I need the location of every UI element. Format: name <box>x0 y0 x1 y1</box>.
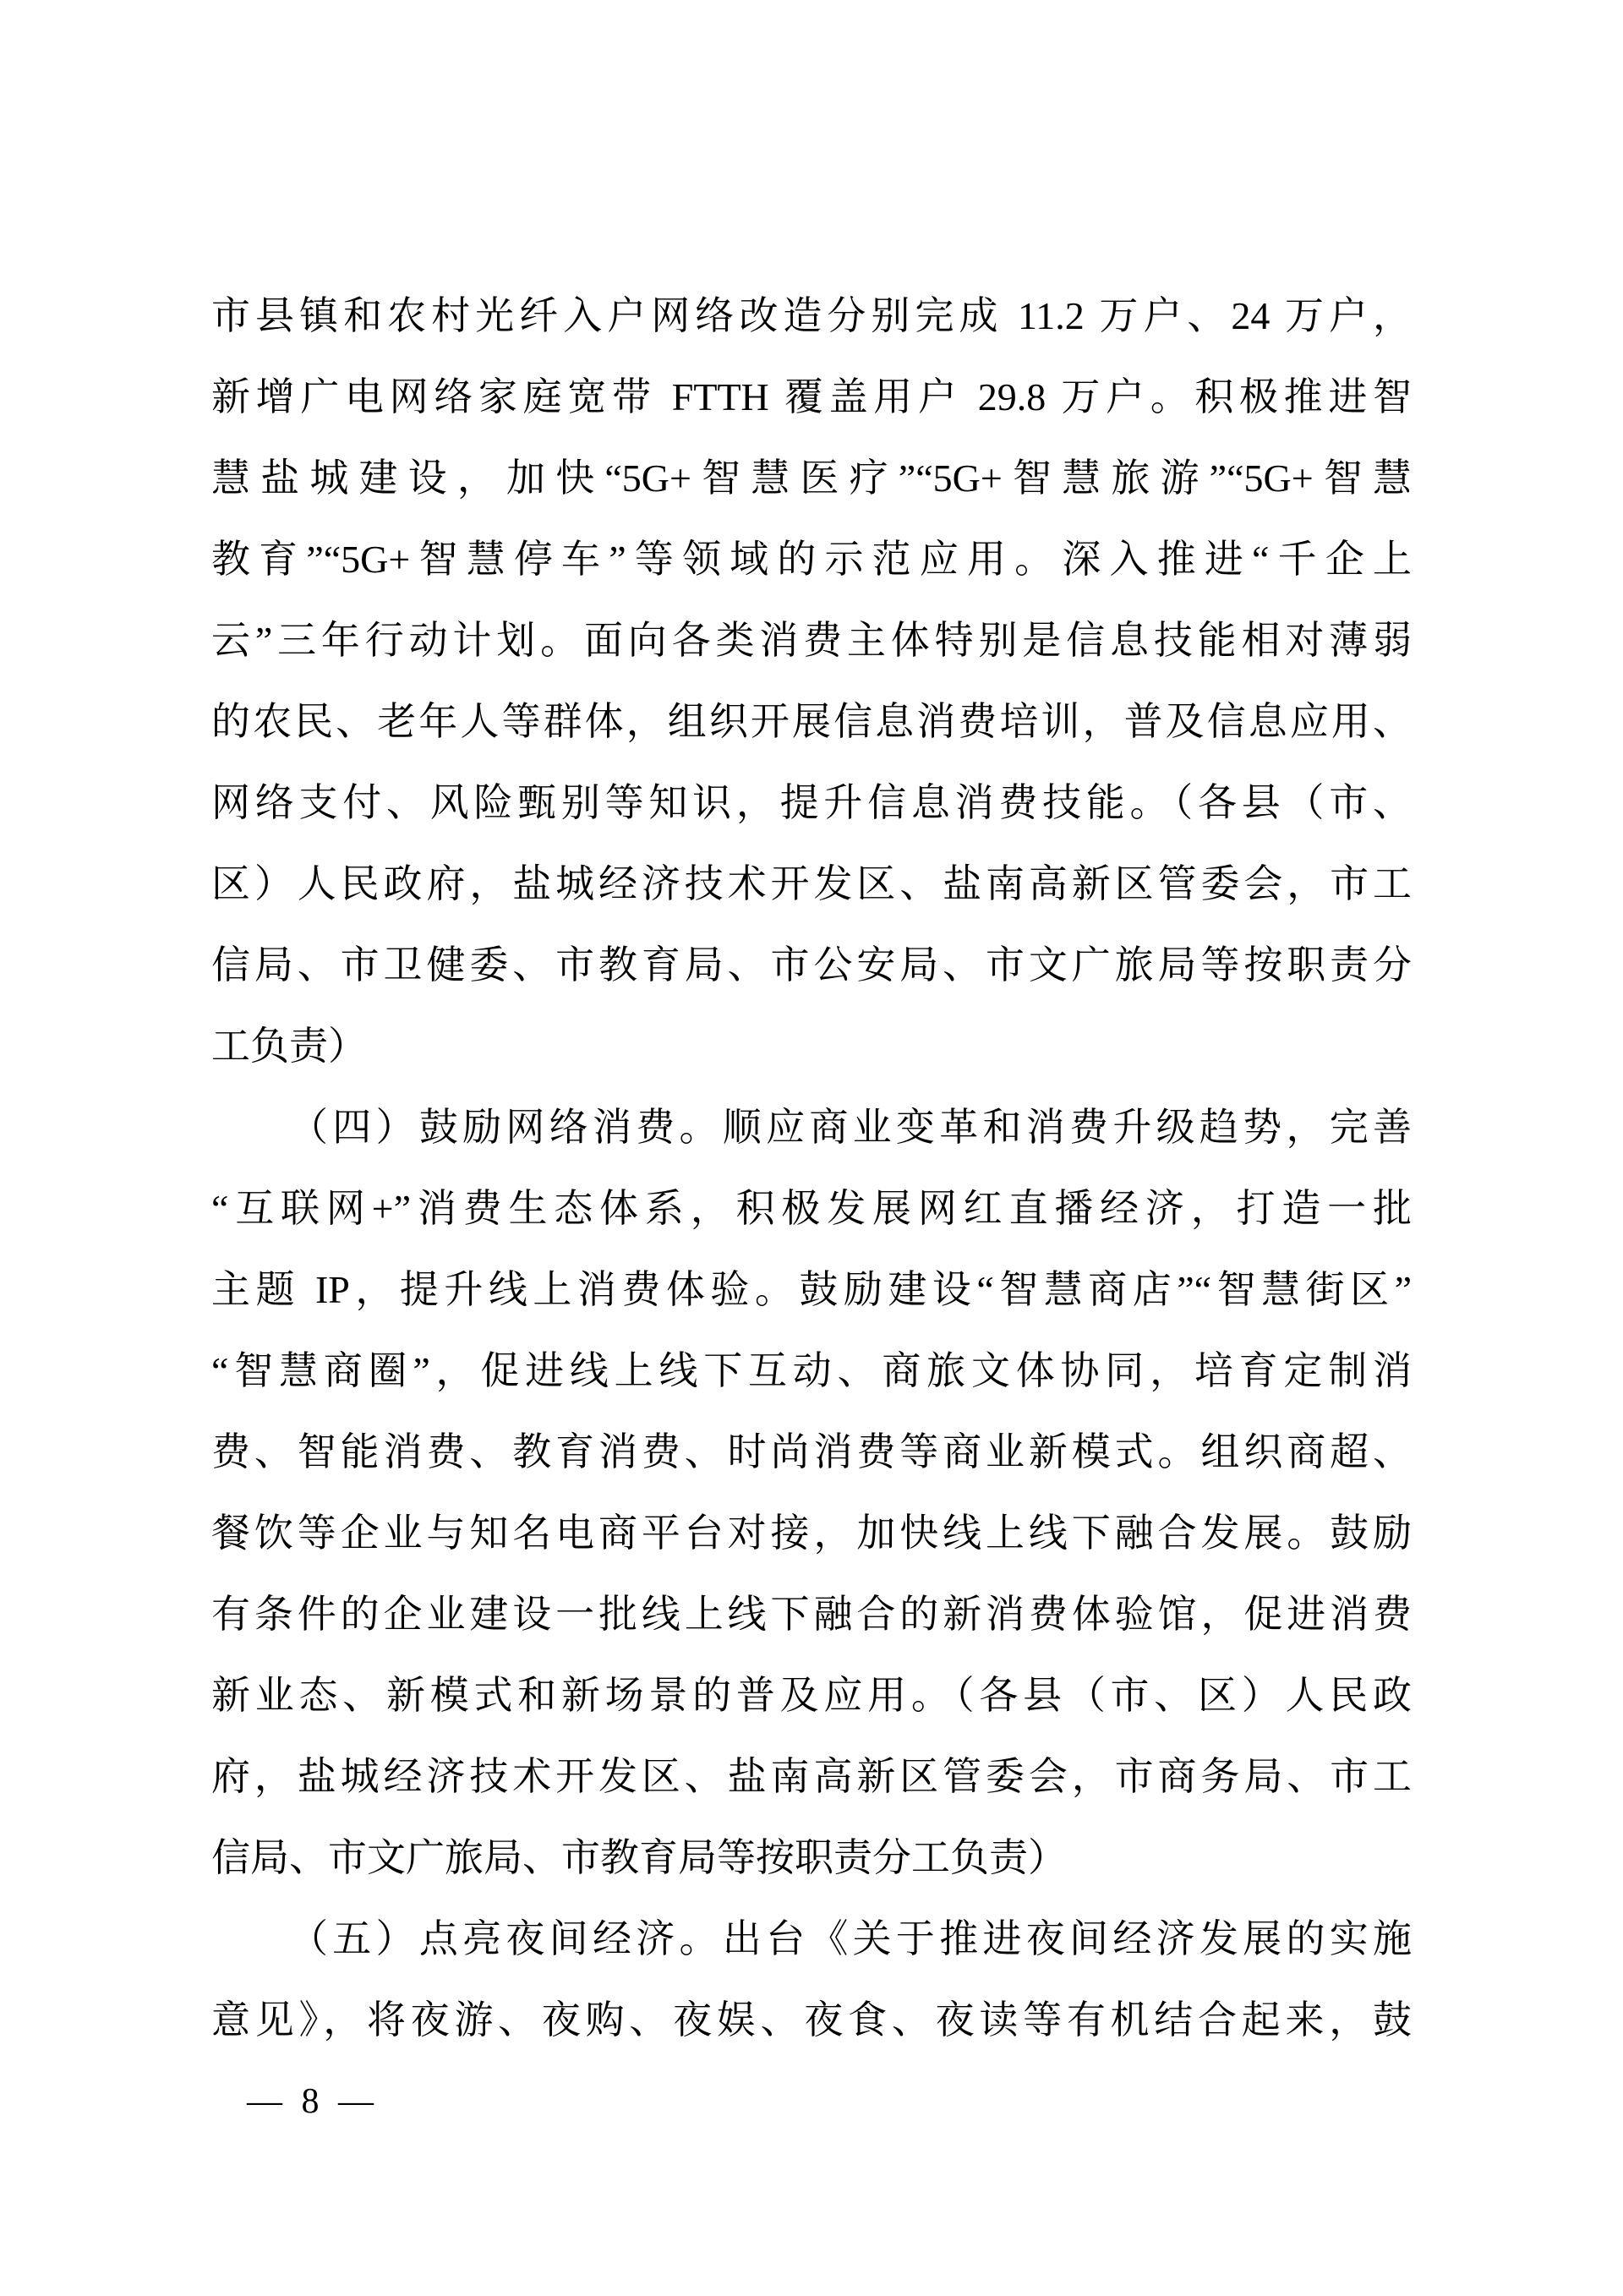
text-line: 市县镇和农村光纤入户网络改造分别完成 11.2 万户、24 万户， <box>211 276 1412 357</box>
text-block: 市县镇和农村光纤入户网络改造分别完成 11.2 万户、24 万户， 新增广电网络… <box>211 276 1412 2061</box>
text-line: “互联网+”消费生态体系，积极发展网红直播经济，打造一批 <box>211 1168 1412 1249</box>
text-line: “智慧商圈”，促进线上线下互动、商旅文体协同，培育定制消 <box>211 1331 1412 1412</box>
text-line: 新增广电网络家庭宽带 FTTH 覆盖用户 29.8 万户。积极推进智 <box>211 357 1412 438</box>
text-line: 有条件的企业建设一批线上线下融合的新消费体验馆，促进消费 <box>211 1574 1412 1655</box>
text-line: 意见》，将夜游、夜购、夜娱、夜食、夜读等有机结合起来，鼓 <box>211 1980 1412 2061</box>
text-line: 慧盐城建设，加快“5G+智慧医疗”“5G+智慧旅游”“5G+智慧 <box>211 438 1412 519</box>
text-line: 餐饮等企业与知名电商平台对接，加快线上线下融合发展。鼓励 <box>211 1493 1412 1574</box>
text-line: 信局、市卫健委、市教育局、市公安局、市文广旅局等按职责分 <box>211 925 1412 1006</box>
text-line-section-4-heading: （四）鼓励网络消费。顺应商业变革和消费升级趋势，完善 <box>211 1087 1412 1168</box>
page-number: — 8 — <box>247 2076 374 2127</box>
document-page: 市县镇和农村光纤入户网络改造分别完成 11.2 万户、24 万户， 新增广电网络… <box>0 0 1623 2296</box>
text-line: 新业态、新模式和新场景的普及应用。（各县（市、区）人民政 <box>211 1655 1412 1736</box>
text-line: 工负责） <box>211 1006 1412 1087</box>
text-line: 的农民、老年人等群体，组织开展信息消费培训，普及信息应用、 <box>211 681 1412 763</box>
text-line: 区）人民政府，盐城经济技术开发区、盐南高新区管委会，市工 <box>211 844 1412 925</box>
text-line: 教育”“5G+智慧停车”等领域的示范应用。深入推进“千企上 <box>211 519 1412 600</box>
text-line: 府，盐城经济技术开发区、盐南高新区管委会，市商务局、市工 <box>211 1736 1412 1818</box>
text-line: 费、智能消费、教育消费、时尚消费等商业新模式。组织商超、 <box>211 1412 1412 1493</box>
text-line: 主题 IP，提升线上消费体验。鼓励建设“智慧商店”“智慧街区” <box>211 1249 1412 1331</box>
text-line-section-5-heading: （五）点亮夜间经济。出台《关于推进夜间经济发展的实施 <box>211 1899 1412 1980</box>
text-line: 云”三年行动计划。面向各类消费主体特别是信息技能相对薄弱 <box>211 600 1412 681</box>
text-line: 信局、市文广旅局、市教育局等按职责分工负责） <box>211 1818 1412 1899</box>
text-line: 网络支付、风险甄别等知识，提升信息消费技能。（各县（市、 <box>211 763 1412 844</box>
